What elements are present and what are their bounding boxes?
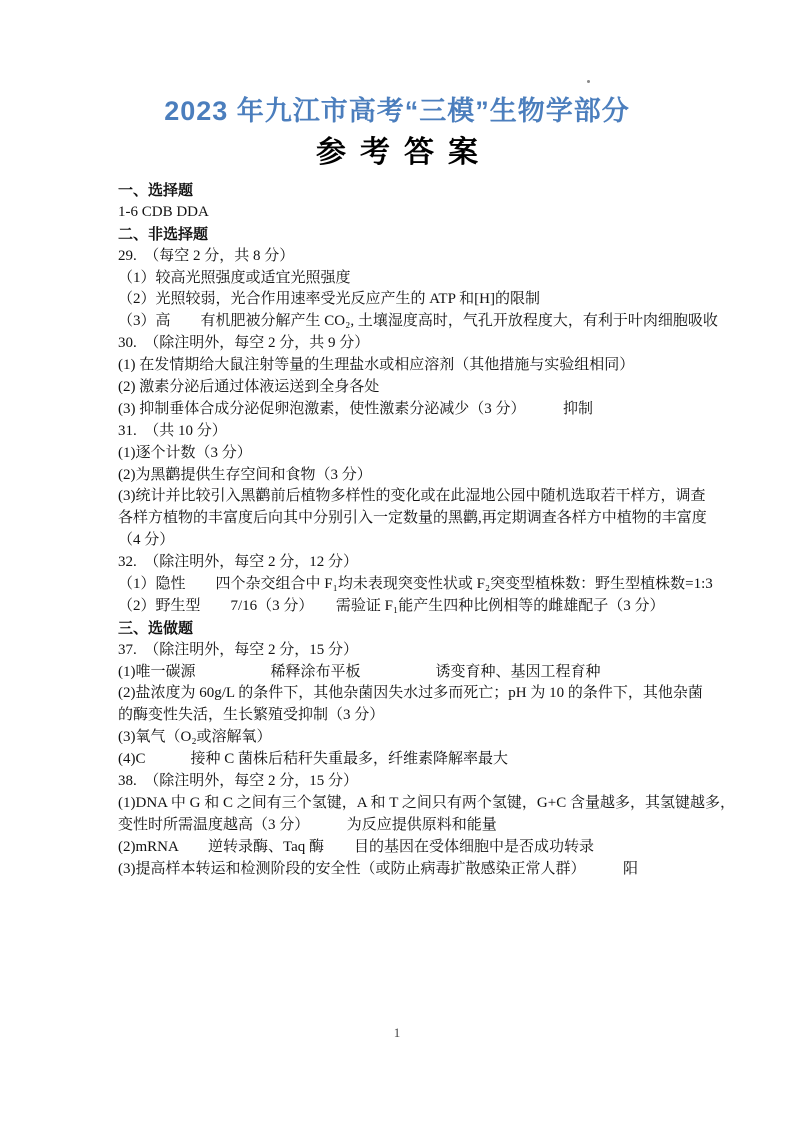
text-line: （2）野生型 7/16（3 分） 需验证 F₁能产生四种比例相等的雌雄配子（3 …	[118, 596, 718, 618]
text-line: (3)提高样本转运和检测阶段的安全性（或防止病毒扩散感染正常人群） 阳	[118, 859, 718, 881]
text-line: (2)mRNA 逆转录酶、Taq 酶 目的基因在受体细胞中是否成功转录	[118, 837, 718, 859]
text-line: 31. （共 10 分）	[118, 421, 718, 443]
text-line: （3）高 有机肥被分解产生 CO₂, 土壤湿度高时，气孔开放程度大，有利于叶肉细…	[118, 311, 718, 333]
text-line: (3)统计并比较引入黑鹳前后植物多样性的变化或在此湿地公园中随机选取若干样方，调…	[118, 486, 718, 508]
doc-subtitle: 参考答案	[0, 132, 794, 174]
text-line: 各样方植物的丰富度后向其中分别引入一定数量的黑鹳,再定期调查各样方中植物的丰富度	[118, 508, 718, 530]
page-number: 1	[0, 1025, 794, 1041]
text-line: (4)C 接种 C 菌株后秸秆失重最多，纤维素降解率最大	[118, 749, 718, 771]
text-line: 1-6 CDB DDA	[118, 202, 718, 224]
text-line: (1)逐个计数（3 分）	[118, 443, 718, 465]
text-line: 30. （除注明外，每空 2 分，共 9 分）	[118, 333, 718, 355]
page: 2023 年九江市高考“三模”生物学部分 参考答案 一、选择题1-6 CDB D…	[0, 0, 794, 1123]
text-line: (1)DNA 中 G 和 C 之间有三个氢键，A 和 T 之间只有两个氢键，G+…	[118, 793, 718, 815]
text-line: （1）较高光照强度或适宜光照强度	[118, 268, 718, 290]
text-line: 29. （每空 2 分，共 8 分）	[118, 246, 718, 268]
text-line: 38. （除注明外，每空 2 分，15 分）	[118, 771, 718, 793]
text-line: 变性时所需温度越高（3 分） 为反应提供原料和能量	[118, 815, 718, 837]
text-line: （2）光照较弱，光合作用速率受光反应产生的 ATP 和[H]的限制	[118, 289, 718, 311]
section-heading: 二、非选择题	[118, 224, 718, 246]
text-line: 37. （除注明外，每空 2 分，15 分）	[118, 640, 718, 662]
text-line: (1) 在发情期给大鼠注射等量的生理盐水或相应溶剂（其他措施与实验组相同）	[118, 355, 718, 377]
stray-dot-mark	[587, 80, 590, 83]
text-line: (1)唯一碳源 稀释涂布平板 诱变育种、基因工程育种	[118, 662, 718, 684]
doc-title: 2023 年九江市高考“三模”生物学部分	[0, 92, 794, 130]
text-line: (3)氧气（O₂或溶解氧）	[118, 727, 718, 749]
text-line: （1）隐性 四个杂交组合中 F₁均未表现突变性状或 F₂突变型植株数：野生型植株…	[118, 574, 718, 596]
answer-lines: 一、选择题1-6 CDB DDA二、非选择题29. （每空 2 分，共 8 分）…	[118, 180, 718, 881]
section-heading: 一、选择题	[118, 180, 718, 202]
text-line: (2)盐浓度为 60g/L 的条件下，其他杂菌因失水过多而死亡；pH 为 10 …	[118, 683, 718, 705]
text-line: 的酶变性失活，生长繁殖受抑制（3 分）	[118, 705, 718, 727]
section-heading: 三、选做题	[118, 618, 718, 640]
text-line: 32. （除注明外，每空 2 分，12 分）	[118, 552, 718, 574]
text-line: (3) 抑制垂体合成分泌促卵泡激素，使性激素分泌减少（3 分） 抑制	[118, 399, 718, 421]
text-line: （4 分）	[118, 530, 718, 552]
text-line: (2) 激素分泌后通过体液运送到全身各处	[118, 377, 718, 399]
text-line: (2)为黑鹳提供生存空间和食物（3 分）	[118, 465, 718, 487]
